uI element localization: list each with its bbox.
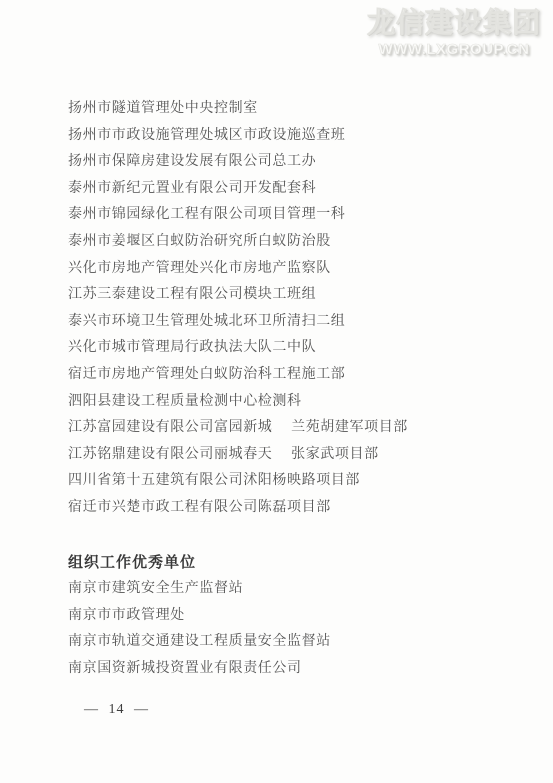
org-unit-list-item: 南京市市政管理处 (68, 603, 523, 630)
unit-list-item: 江苏三泰建设工程有限公司模块工班组 (68, 282, 523, 309)
org-unit-list-item: 南京市轨道交通建设工程质量安全监督站 (68, 629, 523, 656)
unit-list-item: 泰州市新纪元置业有限公司开发配套科 (68, 176, 523, 203)
document-page: 龙信建设集团 WWW.LXGROUP.CN 扬州市隧道管理处中央控制室 扬州市市… (0, 0, 553, 783)
unit-list-item: 泰兴市环境卫生管理处城北环卫所清扫二组 (68, 309, 523, 336)
unit-list-item: 宿迁市兴楚市政工程有限公司陈磊项目部 (68, 495, 523, 522)
unit-list-item: 泰州市锦园绿化工程有限公司项目管理一科 (68, 202, 523, 229)
unit-list-item: 江苏铭鼎建设有限公司丽城春天 张家武项目部 (68, 442, 523, 469)
page-number: — 14 — (84, 702, 149, 718)
unit-list-item: 江苏富园建设有限公司富园新城 兰苑胡建军项目部 (68, 415, 523, 442)
org-unit-list-item: 南京市建筑安全生产监督站 (68, 576, 523, 603)
logo-website-url: WWW.LXGROUP.CN (367, 41, 541, 58)
unit-list-item: 宿迁市房地产管理处白蚁防治科工程施工部 (68, 362, 523, 389)
unit-list-item: 泰州市姜堰区白蚁防治研究所白蚁防治股 (68, 229, 523, 256)
unit-list-item: 兴化市房地产管理处兴化市房地产监察队 (68, 256, 523, 283)
unit-list-item: 扬州市市政设施管理处城区市政设施巡查班 (68, 123, 523, 150)
unit-list-item: 四川省第十五建筑有限公司沭阳杨映路项目部 (68, 468, 523, 495)
unit-list-item: 扬州市保障房建设发展有限公司总工办 (68, 149, 523, 176)
section-heading: 组织工作优秀单位 (68, 550, 523, 577)
unit-list-item: 扬州市隧道管理处中央控制室 (68, 96, 523, 123)
document-body: 扬州市隧道管理处中央控制室 扬州市市政设施管理处城区市政设施巡查班 扬州市保障房… (68, 96, 523, 682)
unit-list-item: 泗阳县建设工程质量检测中心检测科 (68, 389, 523, 416)
org-unit-list-item: 南京国资新城投资置业有限责任公司 (68, 656, 523, 683)
logo-company-name: 龙信建设集团 (367, 8, 541, 38)
unit-list-item: 兴化市城市管理局行政执法大队二中队 (68, 335, 523, 362)
company-logo-watermark: 龙信建设集团 WWW.LXGROUP.CN (367, 8, 541, 58)
